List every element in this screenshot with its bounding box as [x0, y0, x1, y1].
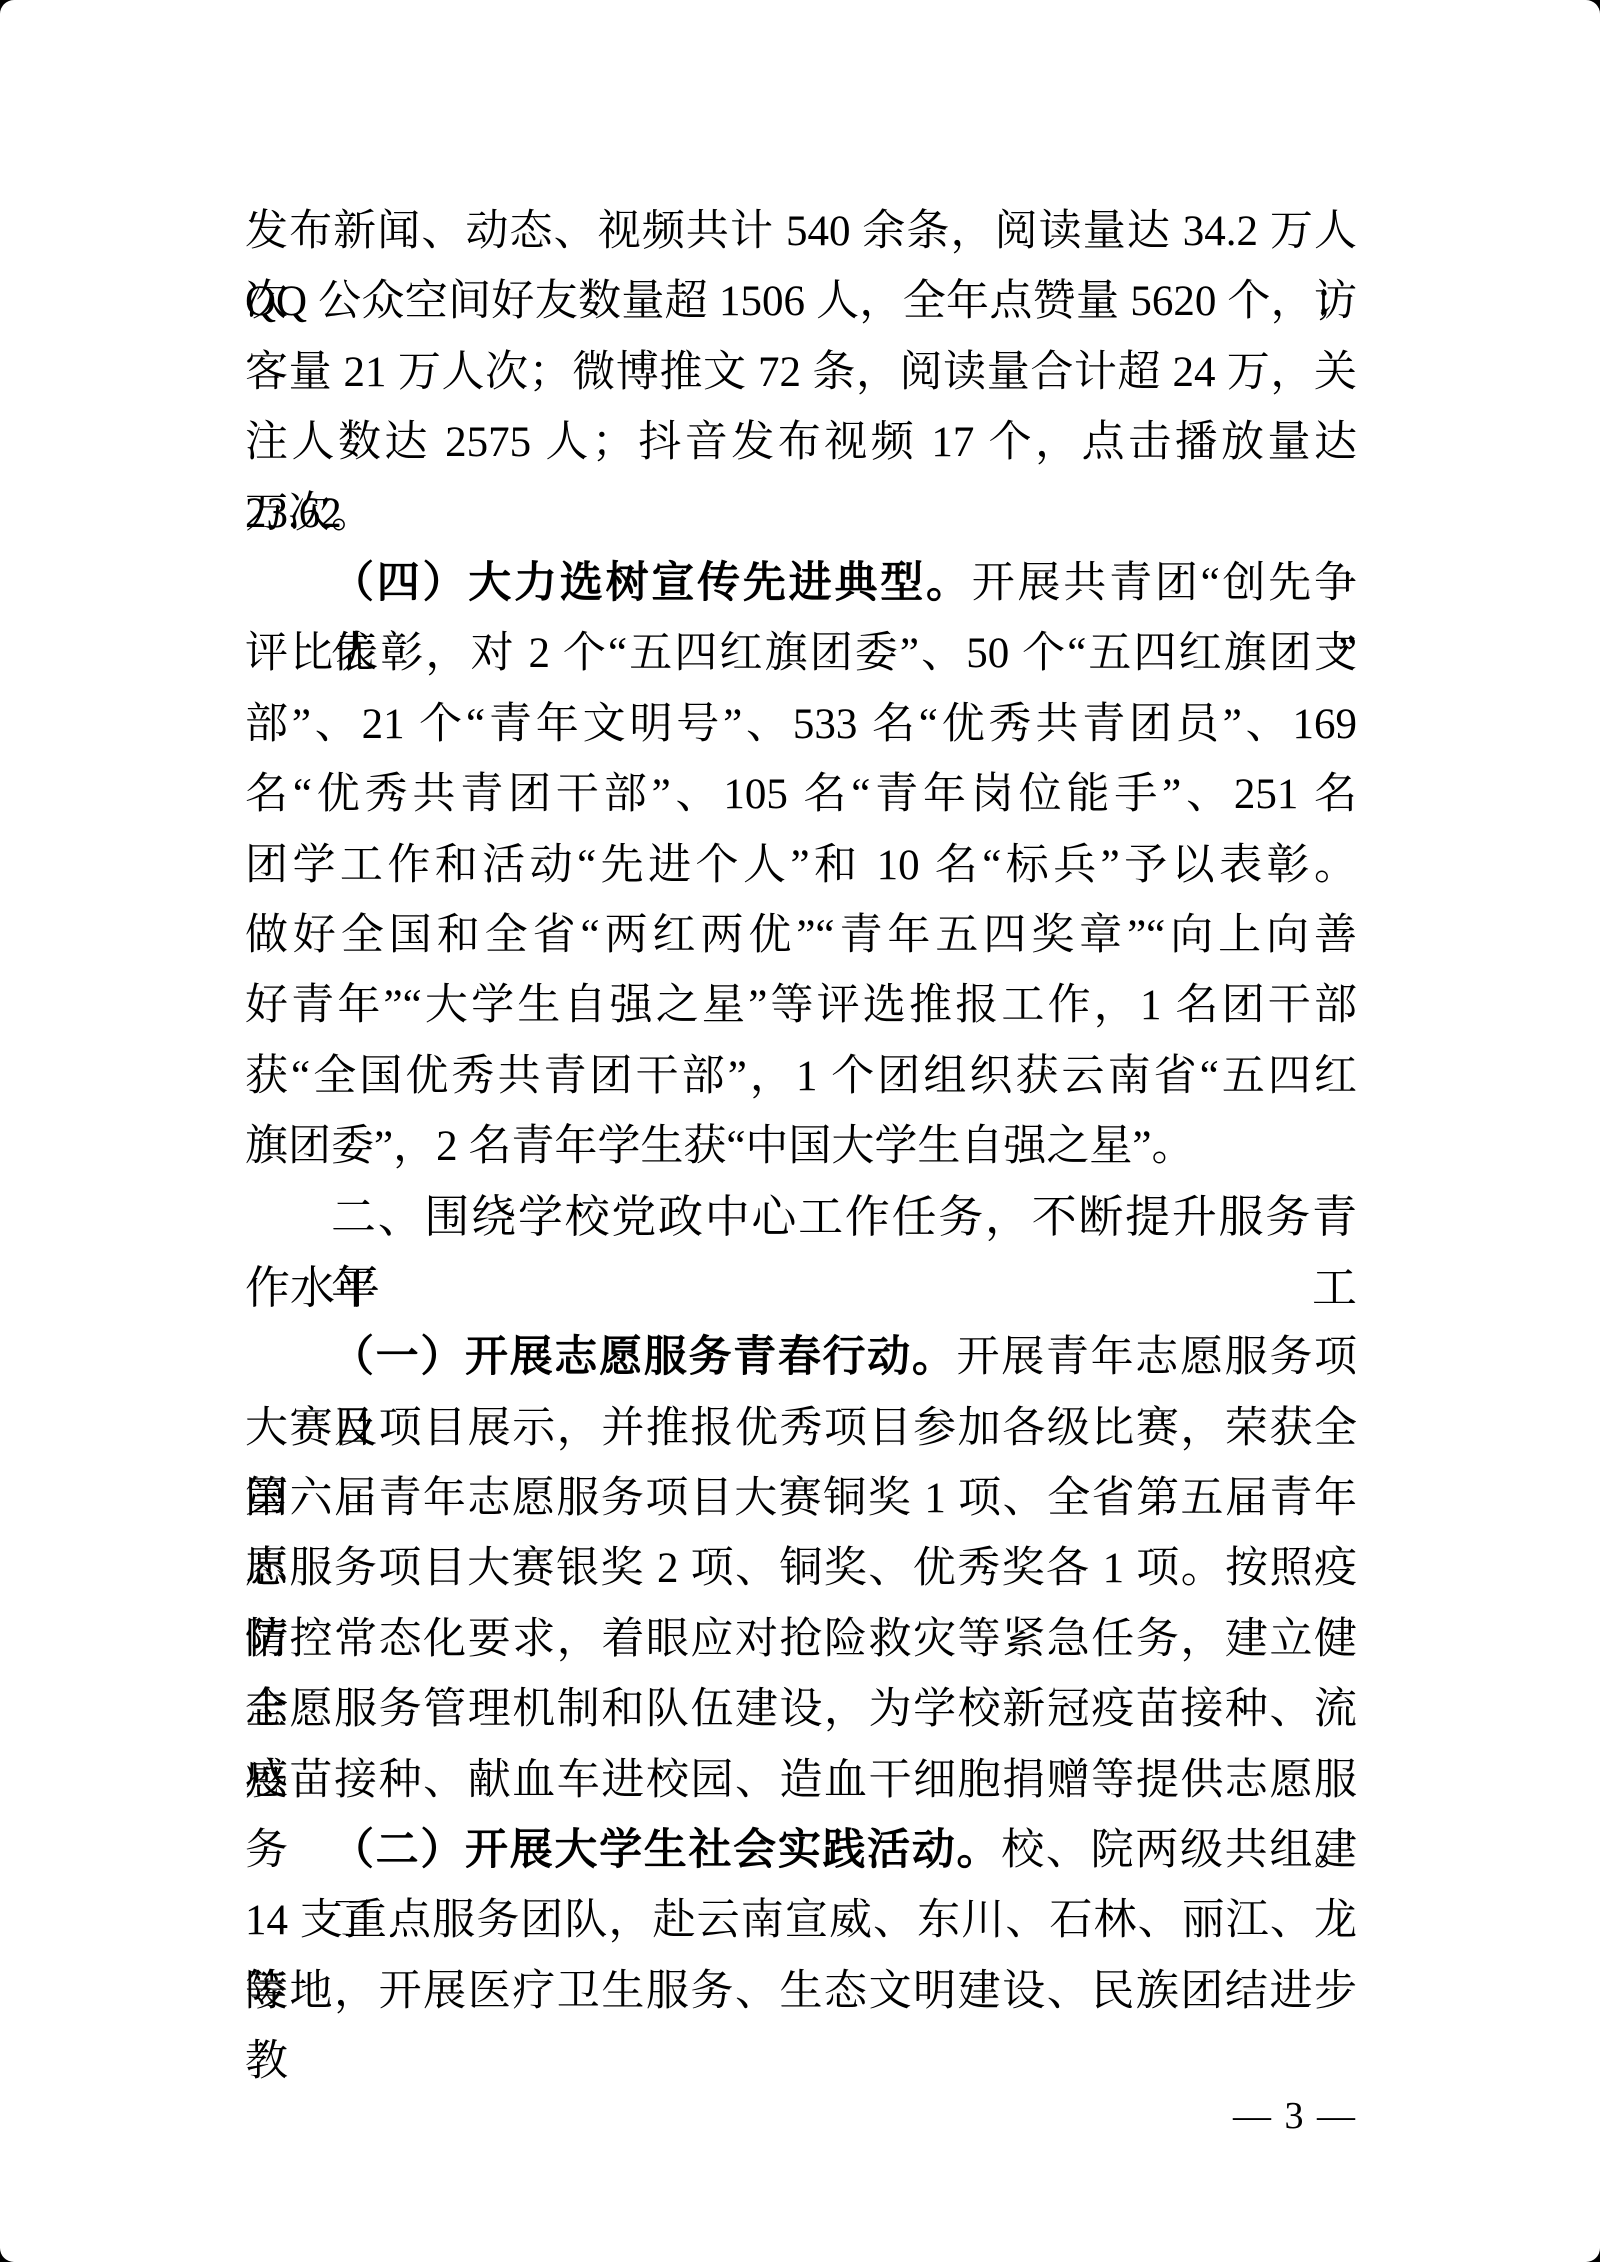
text-segment: 好青年”“大学生自强之星”等评选推报工作，1 名团干部 [245, 982, 1357, 1029]
text-segment: 旗团委”，2 名青年学生获“中国大学生自强之星”。 [245, 1123, 1195, 1170]
text-line: 注人数达 2575 人；抖音发布视频 17 个，点击播放量达 23.62 [245, 408, 1357, 478]
text-segment: 作水平 [245, 1263, 380, 1313]
page-number: — 3 — [1233, 2092, 1357, 2140]
text-line: （二）开展大学生社会实践活动。校、院两级共组建了 [245, 1816, 1357, 1886]
text-line: 部”、21 个“青年文明号”、533 名“优秀共青团员”、169 [245, 690, 1357, 760]
text-segment: 客量 21 万人次；微博推文 72 条，阅读量合计超 24 万，关 [245, 349, 1357, 396]
text-segment: 团学工作和活动“先进个人”和 10 名“标兵”予以表彰。 [245, 842, 1357, 889]
text-line: 旗团委”，2 名青年学生获“中国大学生自强之星”。 [245, 1112, 1357, 1182]
text-segment: 评比表彰，对 2 个“五四红旗团委”、50 个“五四红旗团支 [245, 630, 1357, 677]
text-segment: 名“优秀共青团干部”、105 名“青年岗位能手”、251 名 [245, 771, 1357, 818]
text-segment: 等地，开展医疗卫生服务、生态文明建设、民族团结进步教 [245, 1968, 1357, 2085]
text-line: （四）大力选树宣传先进典型。开展共青团“创先争优” [245, 549, 1357, 619]
text-line: 等地，开展医疗卫生服务、生态文明建设、民族团结进步教 [245, 1957, 1357, 2027]
text-segment: 获“全国优秀共青团干部”，1 个团组织获云南省“五四红 [245, 1053, 1357, 1100]
text-segment: 做好全国和全省“两红两优”“青年五四奖章”“向上向善 [245, 912, 1357, 959]
text-line: 志愿服务管理机制和队伍建设，为学校新冠疫苗接种、流感 [245, 1675, 1357, 1745]
text-segment: QQ 公众空间好友数量超 1506 人，全年点赞量 5620 个，访 [245, 278, 1357, 325]
text-line: 发布新闻、动态、视频共计 540 余条，阅读量达 34.2 万人次； [245, 197, 1357, 267]
text-line: 14 支重点服务团队，赴云南宣威、东川、石林、丽江、龙陵 [245, 1886, 1357, 1956]
text-line: QQ 公众空间好友数量超 1506 人，全年点赞量 5620 个，访 [245, 267, 1357, 337]
text-segment: 二、围绕学校党政中心工作任务，不断提升服务青年工 [331, 1192, 1357, 1312]
text-line: 疫苗接种、献血车进校园、造血干细胞捐赠等提供志愿服务。 [245, 1746, 1357, 1816]
text-line: 大赛及项目展示，并推报优秀项目参加各级比赛，荣获全国 [245, 1394, 1357, 1464]
text-line: 获“全国优秀共青团干部”，1 个团组织获云南省“五四红 [245, 1042, 1357, 1112]
document-page: 发布新闻、动态、视频共计 540 余条，阅读量达 34.2 万人次；QQ 公众空… [0, 0, 1600, 2262]
paragraph-lead-label: （四）大力选树宣传先进典型。 [331, 560, 972, 607]
section-heading-line: 二、围绕学校党政中心工作任务，不断提升服务青年工 [245, 1182, 1357, 1252]
text-line: 团学工作和活动“先进个人”和 10 名“标兵”予以表彰。 [245, 831, 1357, 901]
text-segment: 万次。 [245, 490, 374, 537]
text-line: 客量 21 万人次；微博推文 72 条，阅读量合计超 24 万，关 [245, 338, 1357, 408]
text-line: 万次。 [245, 479, 1357, 549]
text-line: （一）开展志愿服务青春行动。开展青年志愿服务项目 [245, 1323, 1357, 1393]
text-line: 做好全国和全省“两红两优”“青年五四奖章”“向上向善 [245, 901, 1357, 971]
text-segment: 部”、21 个“青年文明号”、533 名“优秀共青团员”、169 [245, 701, 1357, 748]
text-line: 好青年”“大学生自强之星”等评选推报工作，1 名团干部 [245, 971, 1357, 1041]
text-line: 名“优秀共青团干部”、105 名“青年岗位能手”、251 名 [245, 760, 1357, 830]
paragraph-lead-label: （二）开展大学生社会实践活动。 [331, 1827, 1001, 1874]
text-line: 第六届青年志愿服务项目大赛铜奖 1 项、全省第五届青年志 [245, 1464, 1357, 1534]
text-line: 评比表彰，对 2 个“五四红旗团委”、50 个“五四红旗团支 [245, 619, 1357, 689]
paragraph-lead-label: （一）开展志愿服务青春行动。 [331, 1334, 957, 1381]
text-line: 愿服务项目大赛银奖 2 项、铜奖、优秀奖各 1 项。按照疫情 [245, 1534, 1357, 1604]
text-line: 防控常态化要求，着眼应对抢险救灾等紧急任务，建立健全 [245, 1605, 1357, 1675]
document-text: 发布新闻、动态、视频共计 540 余条，阅读量达 34.2 万人次；QQ 公众空… [245, 197, 1357, 2027]
